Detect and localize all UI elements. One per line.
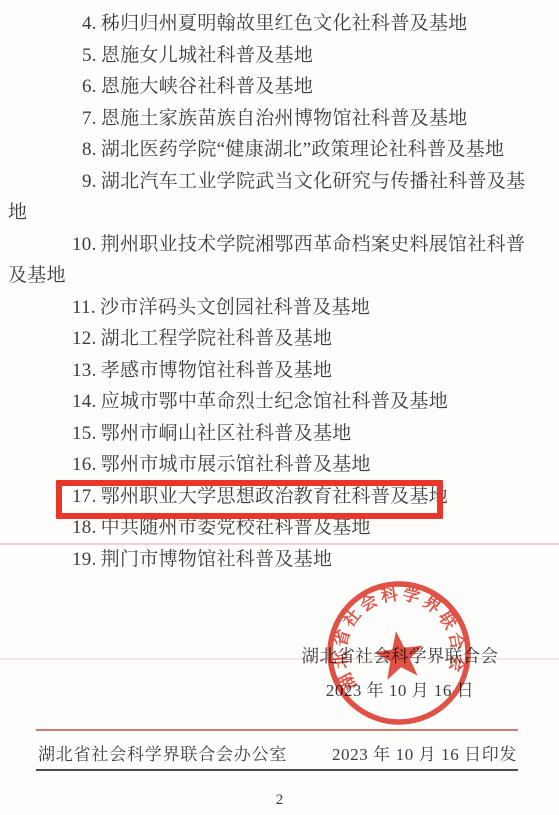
list-item: 4.秭归归州夏明翰故里红色文化社科普及基地 <box>82 8 468 40</box>
list-item: 18.中共随州市委党校社科普及基地 <box>72 512 371 544</box>
list-item-text: 应城市鄂中革命烈士纪念馆社科普及基地 <box>101 391 448 412</box>
list-item-continuation: 及基地 <box>8 260 66 292</box>
list-item-text: 恩施女儿城社科普及基地 <box>101 45 313 66</box>
list-item-text: 鄂州市峒山社区社科普及基地 <box>101 423 352 444</box>
list-item-number: 9. <box>82 166 97 198</box>
list-item-text: 湖北医药学院“健康湖北”政策理论社科普及基地 <box>101 139 504 160</box>
list-item-text: 恩施大峡谷社科普及基地 <box>101 76 313 97</box>
list-item: 9.湖北汽车工业学院武当文化研究与传播社科普及基 <box>82 166 525 198</box>
signature-org: 湖北省社会科学界联合会 <box>300 643 500 668</box>
list-item: 17.鄂州职业大学思想政治教育社科普及基地 <box>72 481 448 513</box>
list-item-number: 10. <box>72 229 97 261</box>
list-item: 6.恩施大峡谷社科普及基地 <box>82 71 313 103</box>
list-item-number: 14. <box>72 386 97 418</box>
list-item-continuation: 地 <box>8 197 27 229</box>
footer-office: 湖北省社会科学界联合会办公室 <box>38 740 287 765</box>
list-item-number: 8. <box>82 134 97 166</box>
signature-date: 2023 年 10 月 16 日 <box>300 676 500 701</box>
list-item-number: 7. <box>82 103 97 135</box>
footer-issue-date: 2023 年 10 月 16 日印发 <box>332 740 517 765</box>
list-item-number: 17. <box>72 481 97 513</box>
list-item: 7.恩施土家族苗族自治州博物馆社科普及基地 <box>82 103 468 135</box>
list-item-number: 15. <box>72 418 97 450</box>
list-item-text: 秭归归州夏明翰故里红色文化社科普及基地 <box>101 13 468 34</box>
list-item-number: 18. <box>72 512 97 544</box>
list-item: 11.沙市洋码头文创园社科普及基地 <box>72 292 370 324</box>
list-item-number: 4. <box>82 8 97 40</box>
list-item-text: 中共随州市委党校社科普及基地 <box>101 517 371 538</box>
list-item-text: 荆门市博物馆社科普及基地 <box>101 549 333 570</box>
list-item-text: 鄂州市城市展示馆社科普及基地 <box>101 454 371 475</box>
list-item-number: 19. <box>72 544 97 576</box>
footer-rule-top <box>36 729 518 731</box>
list-item-text: 鄂州职业大学思想政治教育社科普及基地 <box>101 486 448 507</box>
list-item: 10.荆州职业技术学院湘鄂西革命档案史料展馆社科普 <box>72 229 525 261</box>
list-item-text: 恩施土家族苗族自治州博物馆社科普及基地 <box>101 108 468 129</box>
list-item: 16.鄂州市城市展示馆社科普及基地 <box>72 449 371 481</box>
list-item-number: 5. <box>82 40 97 72</box>
list-item: 8.湖北医药学院“健康湖北”政策理论社科普及基地 <box>82 134 504 166</box>
list-item-text: 荆州职业技术学院湘鄂西革命档案史料展馆社科普 <box>101 234 526 255</box>
list-item: 15.鄂州市峒山社区社科普及基地 <box>72 418 352 450</box>
list-item: 12.湖北工程学院社科普及基地 <box>72 323 332 355</box>
document-page: 4.秭归归州夏明翰故里红色文化社科普及基地5.恩施女儿城社科普及基地6.恩施大峡… <box>0 0 559 815</box>
list-item-number: 13. <box>72 355 97 387</box>
list-item-number: 12. <box>72 323 97 355</box>
list-item: 14.应城市鄂中革命烈士纪念馆社科普及基地 <box>72 386 448 418</box>
list-item-text: 沙市洋码头文创园社科普及基地 <box>100 297 370 318</box>
list-item-text: 孝感市博物馆社科普及基地 <box>101 360 333 381</box>
list-item-number: 16. <box>72 449 97 481</box>
list-item: 5.恩施女儿城社科普及基地 <box>82 40 313 72</box>
list-item-text: 湖北汽车工业学院武当文化研究与传播社科普及基 <box>101 171 526 192</box>
list-item-text: 湖北工程学院社科普及基地 <box>101 328 333 349</box>
list-item: 13.孝感市博物馆社科普及基地 <box>72 355 332 387</box>
footer-rule-bottom <box>36 769 518 771</box>
list-item: 19.荆门市博物馆社科普及基地 <box>72 544 332 576</box>
page-number: 2 <box>0 792 559 809</box>
list-item-number: 6. <box>82 71 97 103</box>
list-item-number: 11. <box>72 292 96 324</box>
